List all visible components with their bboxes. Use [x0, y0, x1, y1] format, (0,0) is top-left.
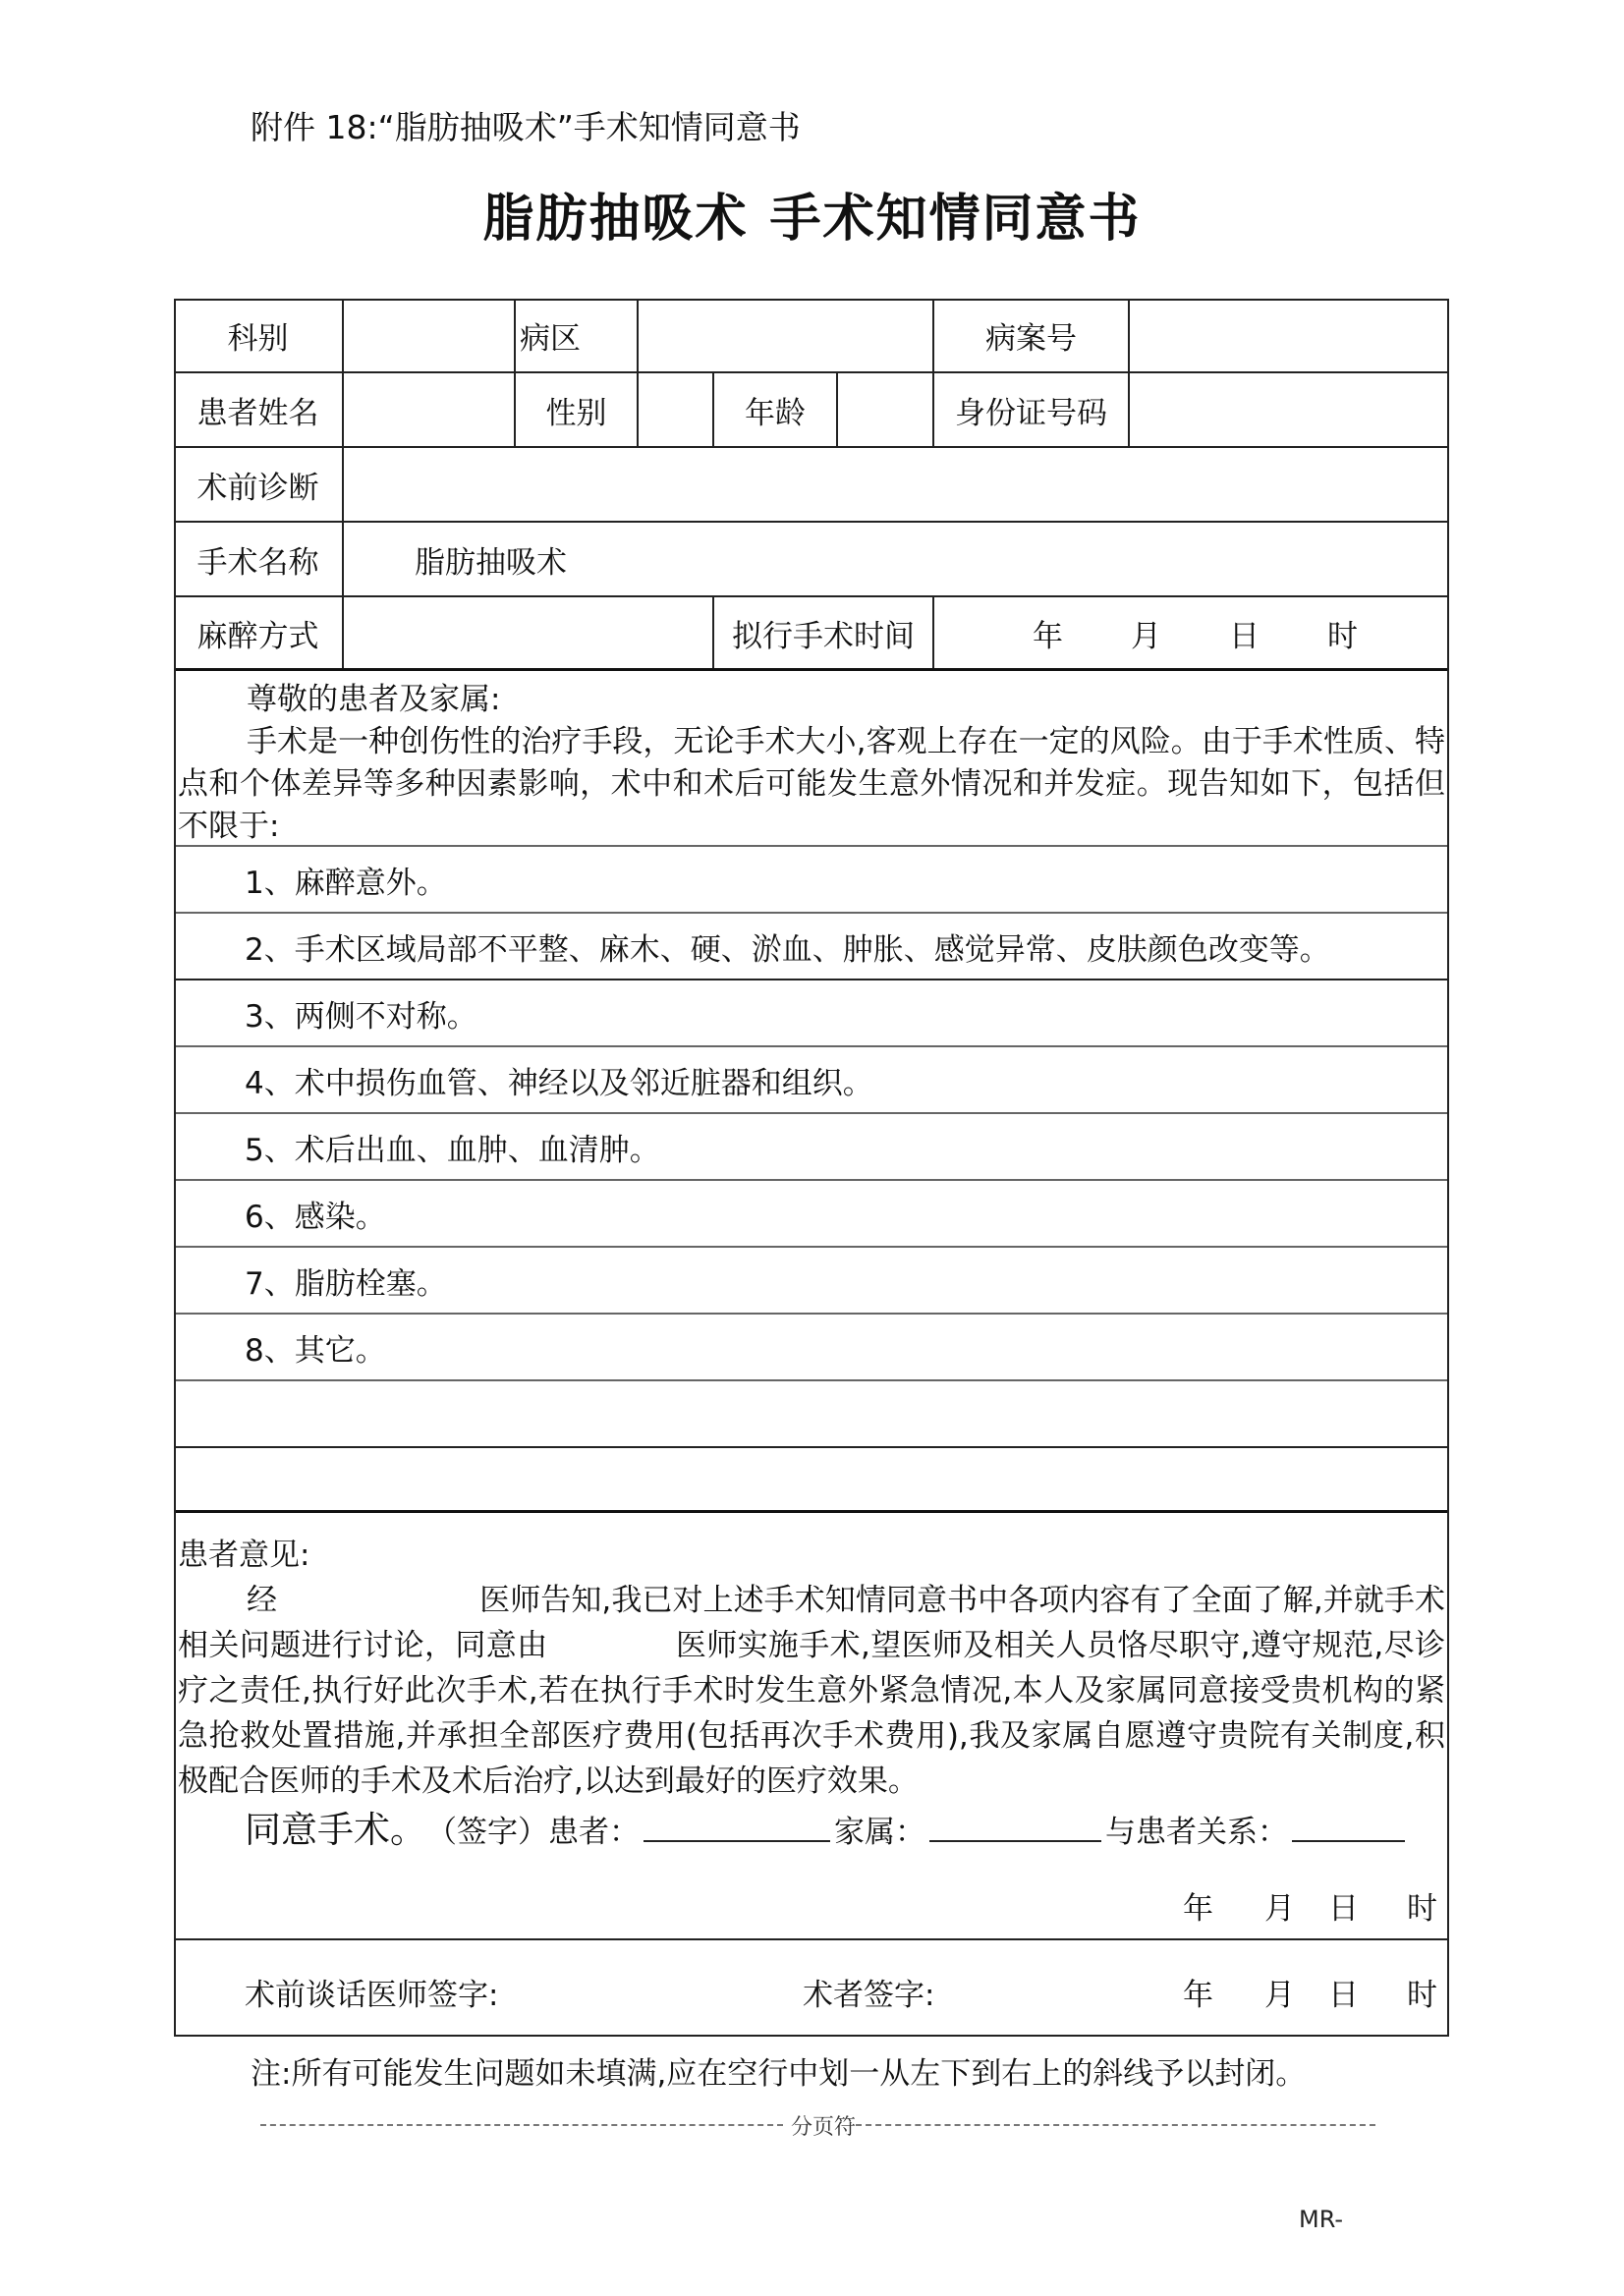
risk-item: 2、手术区域局部不平整、麻木、硬、淤血、肿胀、感觉异常、皮肤颜色改变等。 [174, 914, 1449, 980]
info-row-4: 手术名称 脂肪抽吸术 [174, 523, 1449, 597]
ward-label: 病区 [516, 299, 639, 371]
relation-field[interactable] [1292, 1811, 1405, 1842]
hour-label: 时 [1327, 611, 1358, 655]
page-break-line-right [856, 2124, 1375, 2126]
family-label: 家属： [834, 1810, 925, 1855]
month-label: 月 [1131, 611, 1161, 655]
year-label: 年 [1033, 611, 1063, 655]
planned-time-label: 拟行手术时间 [714, 597, 934, 668]
diagnosis-field[interactable] [344, 448, 1449, 521]
surgery-name-label: 手术名称 [174, 523, 344, 595]
doctor-signature-row: 术前谈话医师签字: 术者签字: 年 月 日 时 [174, 1940, 1449, 2034]
sex-label: 性别 [516, 373, 639, 446]
id-number-field[interactable] [1130, 373, 1449, 446]
greeting: 尊敬的患者及家属: [178, 679, 1445, 721]
diagnosis-label: 术前诊断 [174, 448, 344, 521]
year-label: 年 [1183, 1886, 1213, 1932]
consent-form-table: 科别 病区 病案号 患者姓名 性别 年龄 身份证号码 术前诊断 手术名称 脂肪抽… [174, 299, 1449, 2034]
department-field[interactable] [344, 299, 516, 371]
page-break-label: 分页符 [791, 2110, 856, 2141]
patient-name-label: 患者姓名 [174, 373, 344, 446]
anesthesia-field[interactable] [344, 597, 714, 668]
risk-item: 4、术中损伤血管、神经以及邻近脏器和组织。 [174, 1047, 1449, 1114]
attachment-title: 附件 18:“脂肪抽吸术”手术知情同意书 [251, 102, 801, 148]
info-row-1: 科别 病区 病案号 [174, 299, 1449, 373]
patient-name-field[interactable] [344, 373, 516, 446]
risk-item: 6、感染。 [174, 1181, 1449, 1248]
family-signature-field[interactable] [929, 1811, 1101, 1842]
surgeon-signature-label: 术者签字: [803, 1970, 934, 2014]
footnote: 注:所有可能发生问题如未填满,应在空行中划一从左下到右上的斜线予以封闭。 [251, 2048, 1306, 2093]
day-label: 日 [1328, 1886, 1359, 1932]
intro-section: 尊敬的患者及家属: 手术是一种创伤性的治疗手段，无论手术大小,客观上存在一定的风… [174, 671, 1449, 847]
opinion-label: 患者意见: [178, 1533, 1445, 1578]
patient-opinion-section: 患者意见: 经医师告知,我已对上述手术知情同意书中各项内容有了全面了解,并就手术… [174, 1513, 1449, 1940]
risk-item: 3、两侧不对称。 [174, 980, 1449, 1047]
title-part-2: 手术知情同意书 [770, 177, 1142, 251]
day-label: 日 [1328, 1970, 1359, 2014]
day-label: 日 [1229, 611, 1260, 655]
sign-prefix: （签字）患者： [426, 1810, 640, 1855]
document-code: MR- [1299, 2206, 1343, 2233]
age-label: 年龄 [714, 373, 838, 446]
risk-item: 8、其它。 [174, 1315, 1449, 1381]
hour-label: 时 [1407, 1970, 1437, 2014]
risk-item-blank[interactable] [174, 1381, 1449, 1448]
surgery-name-field[interactable]: 脂肪抽吸术 [344, 523, 1449, 595]
info-row-3: 术前诊断 [174, 448, 1449, 523]
case-number-label: 病案号 [934, 299, 1130, 371]
intro-paragraph: 手术是一种创伤性的治疗手段，无论手术大小,客观上存在一定的风险。由于手术性质、特… [178, 721, 1445, 848]
talk-doctor-signature-label: 术前谈话医师签字: [245, 1970, 498, 2014]
year-label: 年 [1183, 1970, 1213, 2014]
page-break: 分页符 [260, 2110, 1375, 2140]
planned-time-field[interactable]: 年 月 日 时 [934, 597, 1449, 668]
consent-signature-line: 同意手术。 （签字）患者： 家属： 与患者关系： [245, 1808, 1409, 1855]
risk-item-blank[interactable] [174, 1448, 1449, 1513]
risk-item: 5、术后出血、血肿、血清肿。 [174, 1114, 1449, 1181]
risk-item: 1、麻醉意外。 [174, 847, 1449, 914]
hour-label: 时 [1407, 1886, 1437, 1932]
opinion-paragraph: 经医师告知,我已对上述手术知情同意书中各项内容有了全面了解,并就手术相关问题进行… [178, 1578, 1445, 1804]
info-row-5: 麻醉方式 拟行手术时间 年 月 日 时 [174, 597, 1449, 671]
opinion-text-1: 经 [247, 1583, 277, 1618]
agree-text: 同意手术。 [245, 1808, 426, 1853]
ward-field[interactable] [639, 299, 934, 371]
sex-field[interactable] [639, 373, 714, 446]
info-row-2: 患者姓名 性别 年龄 身份证号码 [174, 373, 1449, 448]
id-number-label: 身份证号码 [934, 373, 1130, 446]
title-part-1: 脂肪抽吸术 [482, 177, 748, 251]
department-label: 科别 [174, 299, 344, 371]
month-label: 月 [1264, 1886, 1295, 1932]
anesthesia-label: 麻醉方式 [174, 597, 344, 668]
relation-label: 与患者关系： [1105, 1810, 1288, 1855]
page-title: 脂肪抽吸术手术知情同意书 [0, 177, 1624, 251]
case-number-field[interactable] [1130, 299, 1449, 371]
page-break-line-left [260, 2124, 783, 2126]
patient-signature-field[interactable] [644, 1811, 830, 1842]
risk-item: 7、脂肪栓塞。 [174, 1248, 1449, 1315]
age-field[interactable] [838, 373, 934, 446]
month-label: 月 [1264, 1970, 1295, 2014]
